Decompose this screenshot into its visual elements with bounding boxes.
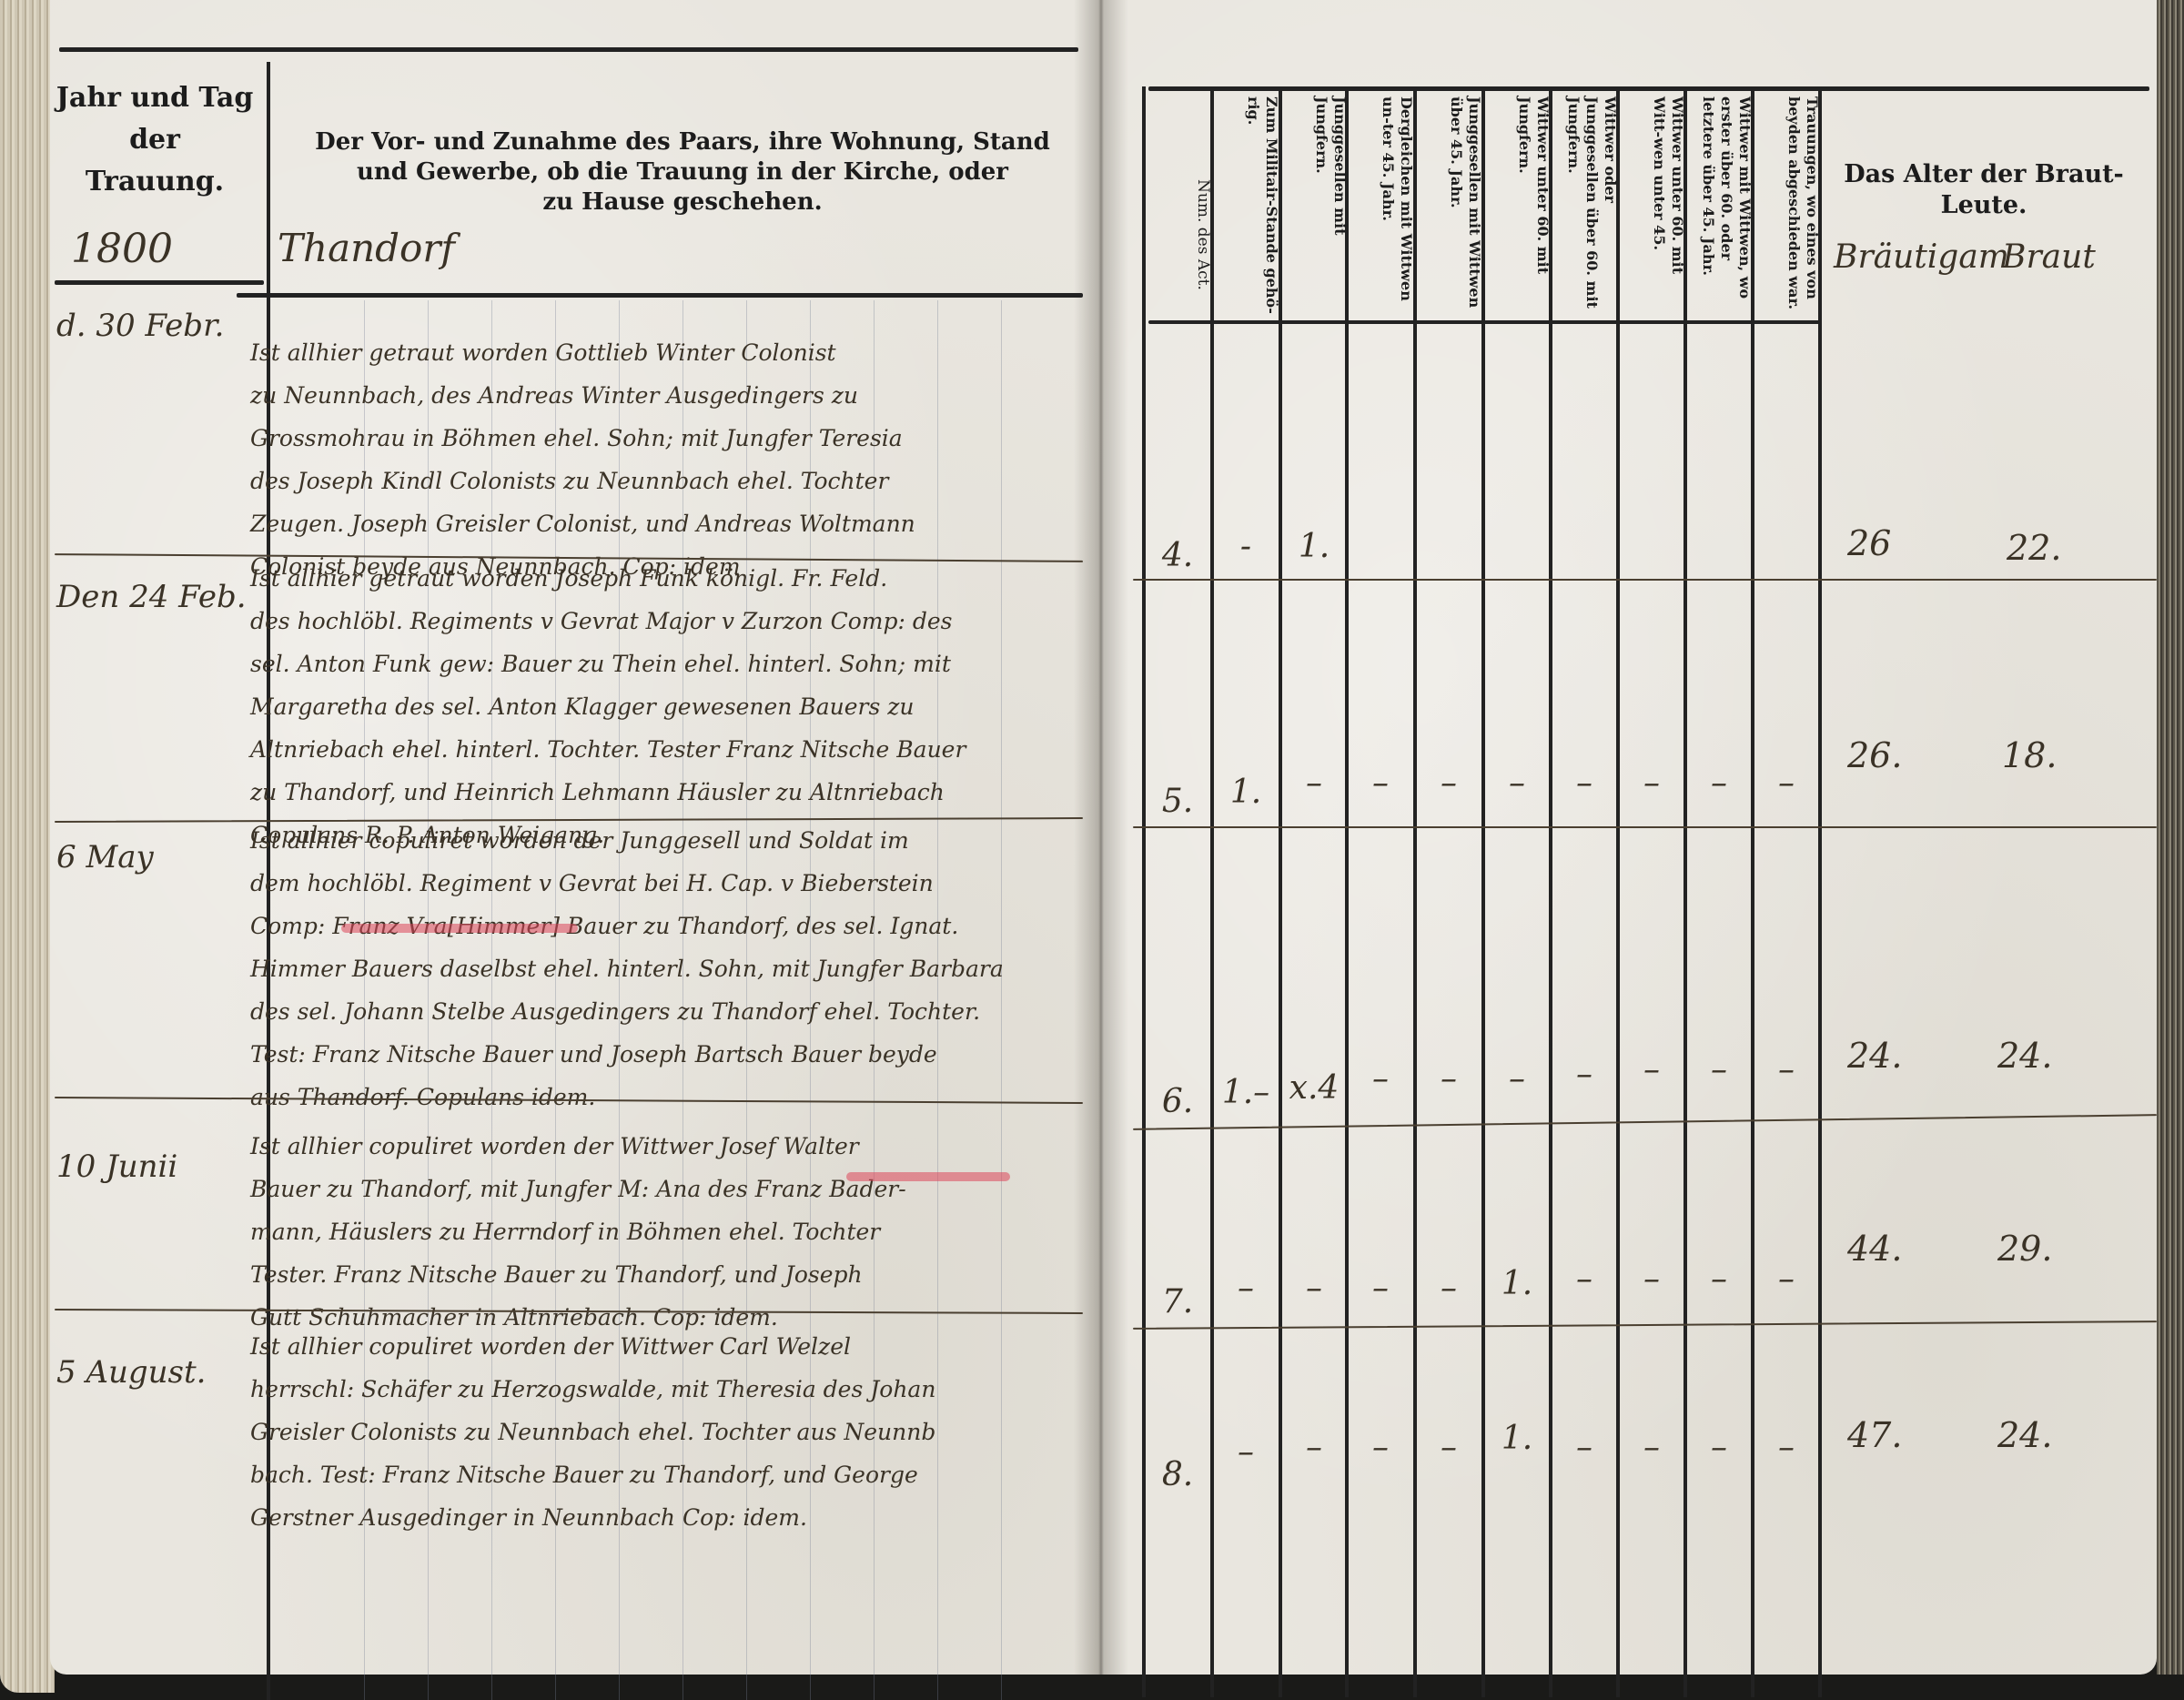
tally-mark: – [1686,1051,1752,1088]
tally-mark: – [1416,1270,1481,1307]
tally-mark: – [1686,1260,1752,1298]
tally-mark: – [1754,1051,1819,1088]
tally-mark: – [1213,1270,1279,1307]
book-gutter [1074,0,1128,1675]
groom-age: 26 [1847,523,1891,563]
entry-date: Den 24 Feb. [56,579,257,615]
tally-mark: – [1754,1429,1819,1466]
tally-mark: - [1213,528,1279,565]
tally-mark: – [1416,1429,1481,1466]
tally-mark: 1. [1281,528,1347,565]
groom-age: 44. [1847,1229,1902,1269]
row-separator [1133,579,2157,581]
tally-mark: – [1416,764,1481,802]
tally-mark: – [1619,1260,1684,1298]
tally-mark: – [1754,1260,1819,1298]
tally-mark: x.4 [1281,1069,1347,1107]
entry-date: 6 May [56,839,257,875]
entry-date: 5 August. [56,1354,257,1391]
tally-mark: – [1552,1260,1617,1298]
bride-age: 22. [2007,528,2061,568]
entry-text: Ist allhier copuliret worden der Wittwer… [250,1325,1069,1539]
bride-age: 24. [1997,1415,2052,1455]
col-header-over60-maiden: Wittwer oder Junggesellen über 60. mit J… [1553,91,1619,314]
header-names-column: Der Vor- und Zunahme des Paars, ihre Woh… [273,127,1092,218]
header-date-column: Jahr und Tag der Trauung. [55,77,255,203]
red-pencil-mark [846,1172,1010,1181]
tally-mark: – [1484,764,1550,802]
tally-mark: – [1484,1060,1550,1098]
tally-mark: – [1619,764,1684,802]
col-header-military: Zum Militair-Stande gehö-rig. [1215,91,1280,314]
entry-date: 10 Junii [56,1149,257,1185]
act-number: 6. [1145,1083,1210,1120]
groom-age: 24. [1847,1036,1902,1076]
groom-age: 47. [1847,1415,1902,1455]
row-separator [1133,826,2157,828]
bride-age: 24. [1997,1036,2052,1076]
tally-mark: – [1619,1429,1684,1466]
tally-mark: – [1348,1270,1413,1307]
page-stack-left [0,0,55,1693]
tally-mark: – [1281,1429,1347,1466]
register-book: Jahr und Tag der Trauung. Der Vor- und Z… [0,0,2184,1700]
page-stack-right [2157,0,2184,1675]
tally-mark: 1. [1484,1420,1550,1457]
right-header-bottom-rule [1148,320,1822,324]
tally-mark: – [1281,764,1347,802]
tally-mark: – [1348,1429,1413,1466]
tally-mark: – [1416,1060,1481,1098]
tally-mark: – [1213,1433,1279,1471]
entry-text: Ist allhier copuliret worden der Wittwer… [250,1125,1069,1339]
header-bottom-rule-main [237,293,1083,298]
register-year: 1800 [71,226,173,272]
tally-mark: – [1552,1056,1617,1093]
entry-text: Ist allhier getraut worden Joseph Funk k… [250,557,1069,856]
groom-subheader: Bräutigam [1834,238,2009,276]
red-pencil-mark [341,924,578,933]
tally-mark: – [1281,1270,1347,1307]
col-header-num: Num. des Act. [1147,91,1212,314]
col-header-widower-under60-maiden: Wittwer unter 60. mit Jungfern. [1486,91,1552,314]
tally-mark: – [1348,764,1413,802]
tally-mark: 1.– [1213,1074,1279,1111]
act-number: 7. [1145,1283,1210,1321]
tally-mark: – [1754,764,1819,802]
parish-place: Thandorf [278,226,455,270]
header-top-rule [59,47,1078,52]
tally-mark: – [1552,764,1617,802]
bride-subheader: Braut [2002,238,2096,276]
bride-age: 18. [2002,735,2057,775]
header-bottom-rule-date [55,280,264,285]
act-number: 4. [1145,537,1210,574]
groom-age: 26. [1847,735,1902,775]
col-header-widower-widow-over: Wittwer mit Wittwen, wo erster über 60. … [1688,91,1754,314]
tally-mark: – [1552,1429,1617,1466]
col-header-bachelor-maiden: Junggesellen mit Jungfern. [1283,91,1349,314]
act-number: 5. [1145,783,1210,820]
entry-text: Ist allhier getraut worden Gottlieb Wint… [250,331,1069,588]
tally-mark: 1. [1213,774,1279,811]
entry-date: d. 30 Febr. [56,308,257,344]
col-header-divorced: Trauungen, wo eines von beyden abgeschie… [1755,91,1821,314]
bride-age: 29. [1997,1229,2052,1269]
tally-mark: – [1686,1429,1752,1466]
tally-mark: – [1619,1051,1684,1088]
col-header-bachelor-widow-over45: Junggesellen mit Wittwen über 45. Jahr. [1418,91,1483,314]
age-header: Das Alter der Braut- Leute. [1829,159,2138,221]
tally-mark: – [1686,764,1752,802]
tally-mark: – [1348,1060,1413,1098]
col-header-bachelor-widow-under45: Dergleichen mit Wittwen un-ter 45. Jahr. [1350,91,1415,314]
tally-mark: 1. [1484,1265,1550,1302]
act-number: 8. [1145,1456,1210,1493]
entry-text: Ist allhier copuliret worden der Jungges… [250,819,1069,1118]
col-header-widower-widow-under45: Wittwer unter 60. mit Witt-wen unter 45. [1621,91,1686,314]
